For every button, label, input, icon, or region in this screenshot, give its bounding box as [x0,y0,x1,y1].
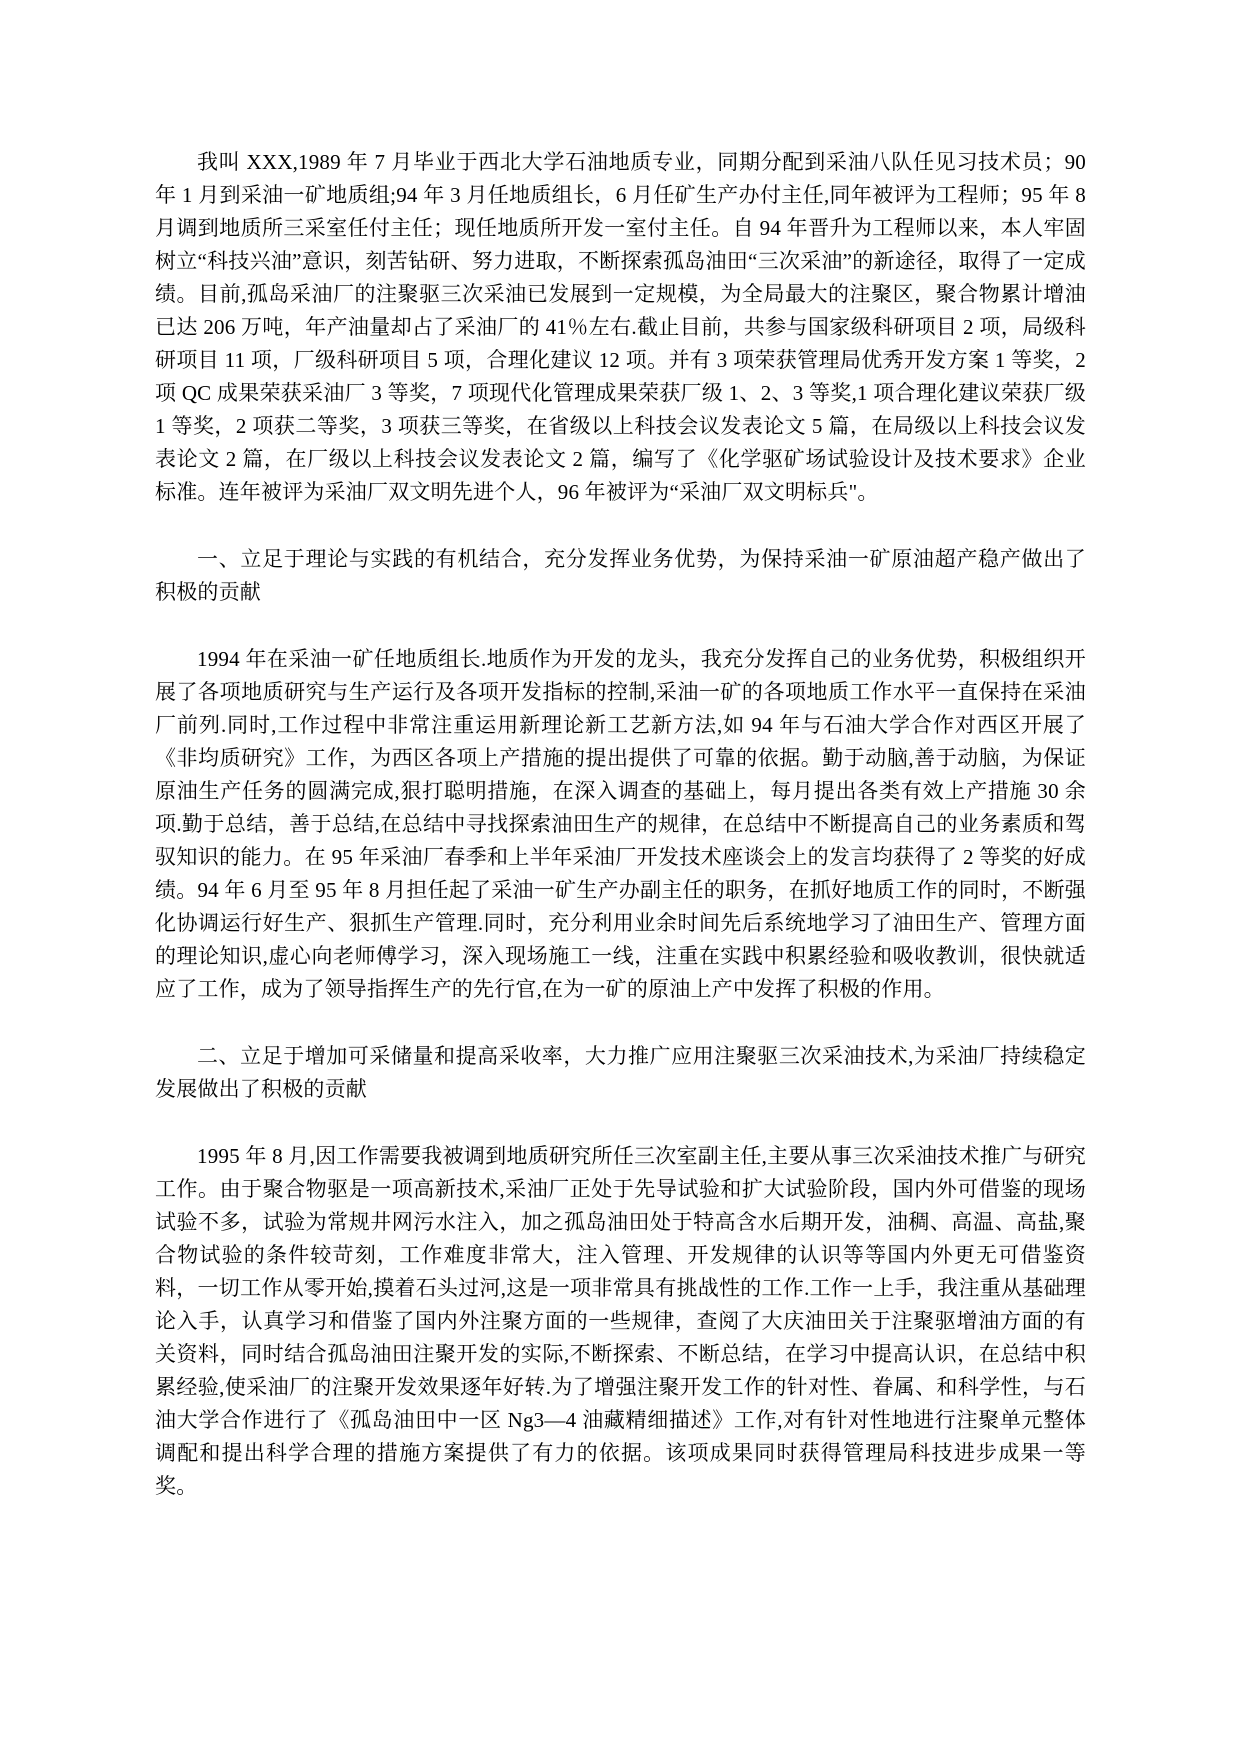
paragraph-section-1: 1994 年在采油一矿任地质组长.地质作为开发的龙头，我充分发挥自己的业务优势，… [155,643,1086,1006]
heading-section-1: 一、立足于理论与实践的有机结合，充分发挥业务优势，为保持采油一矿原油超产稳产做出… [155,543,1086,609]
document-page: 我叫 XXX,1989 年 7 月毕业于西北大学石油地质专业，同期分配到采油八队… [155,146,1086,1537]
paragraph-section-2: 1995 年 8 月,因工作需要我被调到地质研究所任三次室副主任,主要从事三次采… [155,1140,1086,1503]
heading-section-2: 二、立足于增加可采储量和提高采收率，大力推广应用注聚驱三次采油技术,为采油厂持续… [155,1040,1086,1106]
paragraph-intro: 我叫 XXX,1989 年 7 月毕业于西北大学石油地质专业，同期分配到采油八队… [155,146,1086,509]
